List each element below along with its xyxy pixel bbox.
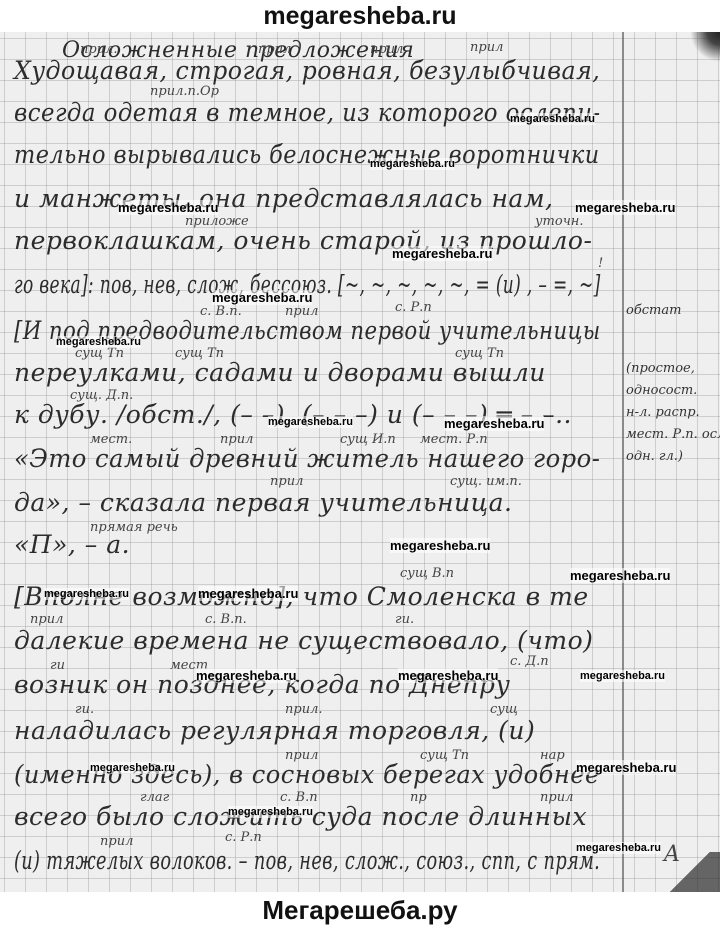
part-of-speech-annotation: сущ. Д.п. [70, 388, 133, 403]
watermark-label: megaresheba.ru [196, 668, 296, 683]
side-note: обстат [626, 302, 681, 319]
part-of-speech-annotation: ги. [395, 612, 414, 627]
site-header-watermark: megaresheba.ru [0, 0, 720, 32]
watermark-label: megaresheba.ru [90, 762, 175, 774]
part-of-speech-annotation: прил [258, 42, 291, 57]
part-of-speech-annotation: прил.п.Ор [150, 84, 219, 99]
part-of-speech-annotation: сущ В.п [400, 566, 454, 581]
watermark-label: megaresheba.ru [370, 158, 455, 170]
watermark-label: megaresheba.ru [390, 538, 490, 553]
part-of-speech-annotation: ! [598, 256, 603, 271]
part-of-speech-annotation: прил. [80, 42, 117, 57]
part-of-speech-annotation: сущ Тп [455, 346, 504, 361]
watermark-label: megaresheba.ru [575, 200, 675, 215]
side-note: одн. гл.) [626, 448, 683, 465]
part-of-speech-annotation: сущ. им.п. [450, 474, 522, 489]
part-of-speech-annotation: с. Д.п [510, 654, 549, 669]
part-of-speech-annotation: нар [540, 748, 565, 763]
watermark-label: megaresheba.ru [198, 586, 298, 601]
part-of-speech-annotation: прил [470, 40, 503, 55]
handwritten-line: первоклашкам, очень старой, из прошло- [14, 226, 592, 255]
part-of-speech-annotation: ги [50, 658, 65, 673]
handwritten-line: тельно вырывались белоснежные воротнички [14, 140, 600, 169]
site-footer-watermark: Мегарешеба.ру [0, 892, 720, 928]
part-of-speech-annotation: прил [285, 748, 318, 763]
watermark-label: megaresheba.ru [44, 588, 129, 600]
part-of-speech-annotation: прил [220, 432, 253, 447]
side-note: односост. [626, 382, 697, 399]
part-of-speech-annotation: прил [30, 612, 63, 627]
watermark-label: megaresheba.ru [398, 668, 498, 683]
part-of-speech-annotation: сущ Тп [420, 748, 469, 763]
watermark-label: megaresheba.ru [212, 290, 312, 305]
part-of-speech-annotation: глаг [140, 790, 169, 805]
handwritten-line: да», – сказала первая учительница. [14, 488, 512, 517]
part-of-speech-annotation: прил. [285, 702, 322, 717]
side-note: н-л. распр. [626, 404, 700, 421]
handwritten-line: «Это самый древний житель нашего горо- [14, 444, 600, 473]
part-of-speech-annotation: с. Р.п [225, 830, 262, 845]
watermark-label: megaresheba.ru [580, 670, 665, 682]
side-note: (простое, [626, 360, 695, 377]
part-of-speech-annotation: мест. Р.п [420, 432, 488, 447]
part-of-speech-annotation: сущ [490, 702, 518, 717]
watermark-label: megaresheba.ru [228, 806, 313, 818]
part-of-speech-annotation: прил [270, 474, 303, 489]
part-of-speech-annotation: с. В.п [280, 790, 318, 805]
part-of-speech-annotation: уточн. [535, 214, 583, 229]
part-of-speech-annotation: с. В.п. [200, 304, 242, 319]
watermark-label: megaresheba.ru [444, 416, 544, 431]
watermark-label: megaresheba.ru [392, 246, 492, 261]
part-of-speech-annotation: прил [370, 42, 403, 57]
watermark-label: megaresheba.ru [118, 200, 218, 215]
part-of-speech-annotation: прил [100, 834, 133, 849]
part-of-speech-annotation: прил [540, 790, 573, 805]
part-of-speech-annotation: сущ И.п [340, 432, 396, 447]
handwritten-line: переулками, садами и дворами вышли [14, 358, 546, 387]
watermark-label: megaresheba.ru [510, 113, 595, 125]
part-of-speech-annotation: приложе [185, 214, 249, 229]
part-of-speech-annotation: сущ Тп [175, 346, 224, 361]
page-mark: A [664, 842, 680, 867]
handwritten-line: далекие времена не существовало, (что) [14, 626, 593, 655]
part-of-speech-annotation: прил [285, 304, 318, 319]
watermark-label: megaresheba.ru [56, 336, 141, 348]
part-of-speech-annotation: ги. [75, 702, 94, 717]
handwritten-line: (и) тяжелых волоков. – пов, нев, слож., … [14, 846, 600, 875]
handwritten-line: и манжеты, она представлялась нам, [14, 184, 554, 213]
part-of-speech-annotation: с. Р.п [395, 300, 432, 315]
page-corner-shadow [690, 32, 720, 62]
watermark-label: megaresheba.ru [570, 568, 670, 583]
handwritten-line: Худощавая, строгая, ровная, безулыбчивая… [14, 56, 600, 85]
part-of-speech-annotation: с. В.п. [205, 612, 247, 627]
watermark-label: megaresheba.ru [268, 416, 353, 428]
handwritten-line: наладилась регулярная торговля, (и) [14, 716, 535, 745]
part-of-speech-annotation: прямая речь [90, 520, 178, 535]
part-of-speech-annotation: сущ Тп [75, 346, 124, 361]
watermark-label: megaresheba.ru [576, 760, 676, 775]
notebook-page: Осложненные предложения Худощавая, строг… [0, 32, 720, 892]
part-of-speech-annotation: пр [410, 790, 427, 805]
side-note: мест. Р.п. осложн. [626, 426, 720, 443]
watermark-label: megaresheba.ru [576, 842, 661, 854]
part-of-speech-annotation: мест. [90, 432, 132, 447]
